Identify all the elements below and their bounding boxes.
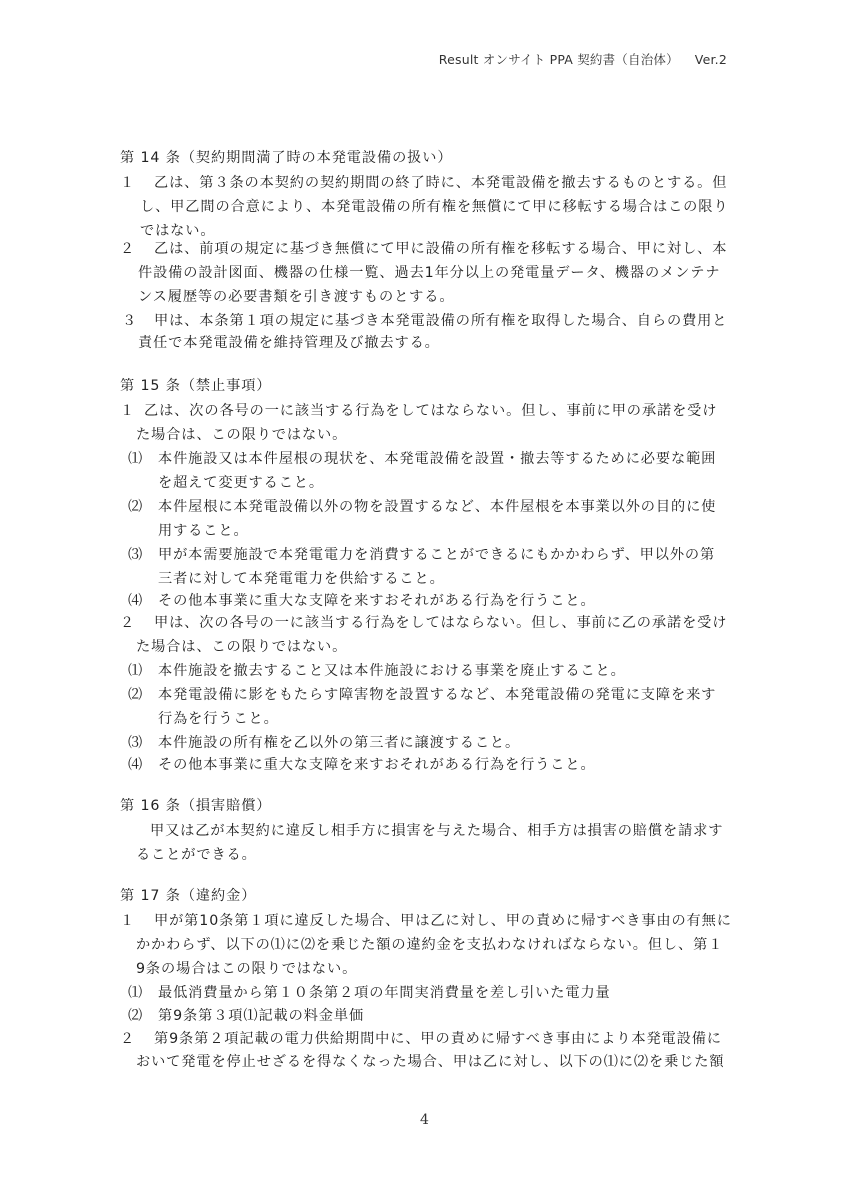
paragraph-line: 甲又は乙が本契約に違反し相手方に損害を与えた場合、相手方は損害の賠償を請求す xyxy=(150,821,723,841)
sub-item-number: ⑴ xyxy=(128,449,158,469)
item-number: １ xyxy=(120,173,144,193)
article-17-title: 第 17 条（違約金） xyxy=(120,886,256,906)
sub-item-number: ⑶ xyxy=(128,733,158,753)
paragraph-line: １甲が第10条第１項に違反した場合、甲は乙に対し、甲の責めに帰すべき事由の有無に xyxy=(120,911,732,931)
sub-item-line: ⑵第9条第３項⑴記載の料金単価 xyxy=(128,1006,364,1026)
sub-item-number: ⑶ xyxy=(128,545,158,565)
item-number: ３ xyxy=(122,311,146,331)
paragraph-line: ではない。 xyxy=(140,221,215,241)
paragraph-line: ２乙は、前項の規定に基づき無償にて甲に設備の所有権を移転する場合、甲に対し、本 xyxy=(120,239,727,259)
sub-item-line: ⑴本件施設又は本件屋根の現状を、本発電設備を設置・撤去等するために必要な範囲 xyxy=(128,449,716,469)
paragraph-line: １乙は、第３条の本契約の契約期間の終了時に、本発電設備を撤去するものとする。但 xyxy=(120,173,727,193)
sub-item-line: ⑷その他本事業に重大な支障を来すおそれがある行為を行うこと。 xyxy=(128,591,596,611)
sub-item-number: ⑴ xyxy=(128,661,158,681)
paragraph-line: ２甲は、次の各号の一に該当する行為をしてはならない。但し、事前に乙の承諾を受け xyxy=(120,613,727,633)
sub-item-number: ⑷ xyxy=(128,591,158,611)
item-number: ２ xyxy=(120,613,144,633)
paragraph-line: た場合は、この限りではない。 xyxy=(136,637,347,657)
sub-item-line: ⑶本件施設の所有権を乙以外の第三者に譲渡すること。 xyxy=(128,733,520,753)
article-14-title: 第 14 条（契約期間満了時の本発電設備の扱い） xyxy=(120,148,452,168)
paragraph-line: 三者に対して本発電電力を供給すること。 xyxy=(158,569,445,589)
sub-item-line: ⑴本件施設を撤去すること又は本件施設における事業を廃止すること。 xyxy=(128,661,626,681)
sub-item-number: ⑴ xyxy=(128,983,158,1003)
paragraph-line: 用すること。 xyxy=(158,521,249,541)
paragraph-line: おいて発電を停止せざるを得なくなった場合、甲は乙に対し、以下の⑴に⑵を乗じた額 xyxy=(136,1052,724,1072)
paragraph-line: し、甲乙間の合意により、本発電設備の所有権を無償にて甲に移転する場合はこの限り xyxy=(140,197,728,217)
paragraph-line: 9条の場合はこの限りではない。 xyxy=(136,959,357,979)
sub-item-line: ⑶甲が本需要施設で本発電電力を消費することができるにもかかわらず、甲以外の第 xyxy=(128,545,715,565)
running-header: Result オンサイト PPA 契約書（自治体）Ver.2 xyxy=(439,50,727,68)
sub-item-line: ⑵本件屋根に本発電設備以外の物を設置するなど、本件屋根を本事業以外の目的に使 xyxy=(128,497,716,517)
paragraph-line: 責任で本発電設備を維持管理及び撤去する。 xyxy=(138,333,440,353)
paragraph-line: ２第9条第２項記載の電力供給期間中に、甲の責めに帰すべき事由により本発電設備に xyxy=(120,1029,722,1049)
paragraph-line: ることができる。 xyxy=(136,845,257,865)
sub-item-number: ⑷ xyxy=(128,755,158,775)
paragraph-line: かかわらず、以下の⑴に⑵を乗じた額の違約金を支払わなければならない。但し、第１ xyxy=(136,935,723,955)
header-title: Result オンサイト PPA 契約書（自治体） xyxy=(439,52,679,67)
article-15-title: 第 15 条（禁止事項） xyxy=(120,376,271,396)
paragraph-line: ３甲は、本条第１項の規定に基づき本発電設備の所有権を取得した場合、自らの費用と xyxy=(122,311,727,331)
sub-item-line: ⑷その他本事業に重大な支障を来すおそれがある行為を行うこと。 xyxy=(128,755,596,775)
page-number: 4 xyxy=(0,1112,849,1128)
paragraph-line: ンス履歴等の必要書類を引き渡すものとする。 xyxy=(138,287,454,307)
paragraph-line: 件設備の設計図面、機器の仕様一覧、過去1年分以上の発電量データ、機器のメンテナ xyxy=(138,263,720,283)
paragraph-line: を超えて変更すること。 xyxy=(158,473,324,493)
sub-item-line: ⑵本発電設備に影をもたらす障害物を設置するなど、本発電設備の発電に支障を来す xyxy=(128,685,716,705)
paragraph-line: た場合は、この限りではない。 xyxy=(136,425,347,445)
item-number: １ xyxy=(120,401,144,421)
paragraph-line: １乙は、次の各号の一に該当する行為をしてはならない。但し、事前に甲の承諾を受け xyxy=(120,401,717,421)
sub-item-number: ⑵ xyxy=(128,1006,158,1026)
document-page: Result オンサイト PPA 契約書（自治体）Ver.2 第 14 条（契約… xyxy=(0,0,849,1200)
header-version: Ver.2 xyxy=(695,52,727,67)
item-number: ２ xyxy=(120,239,144,259)
paragraph-line: 行為を行うこと。 xyxy=(158,709,279,729)
sub-item-number: ⑵ xyxy=(128,685,158,705)
item-number: ２ xyxy=(120,1029,144,1049)
article-16-title: 第 16 条（損害賠償） xyxy=(120,796,271,816)
item-number: １ xyxy=(120,911,144,931)
sub-item-line: ⑴最低消費量から第１０条第２項の年間実消費量を差し引いた電力量 xyxy=(128,983,611,1003)
sub-item-number: ⑵ xyxy=(128,497,158,517)
